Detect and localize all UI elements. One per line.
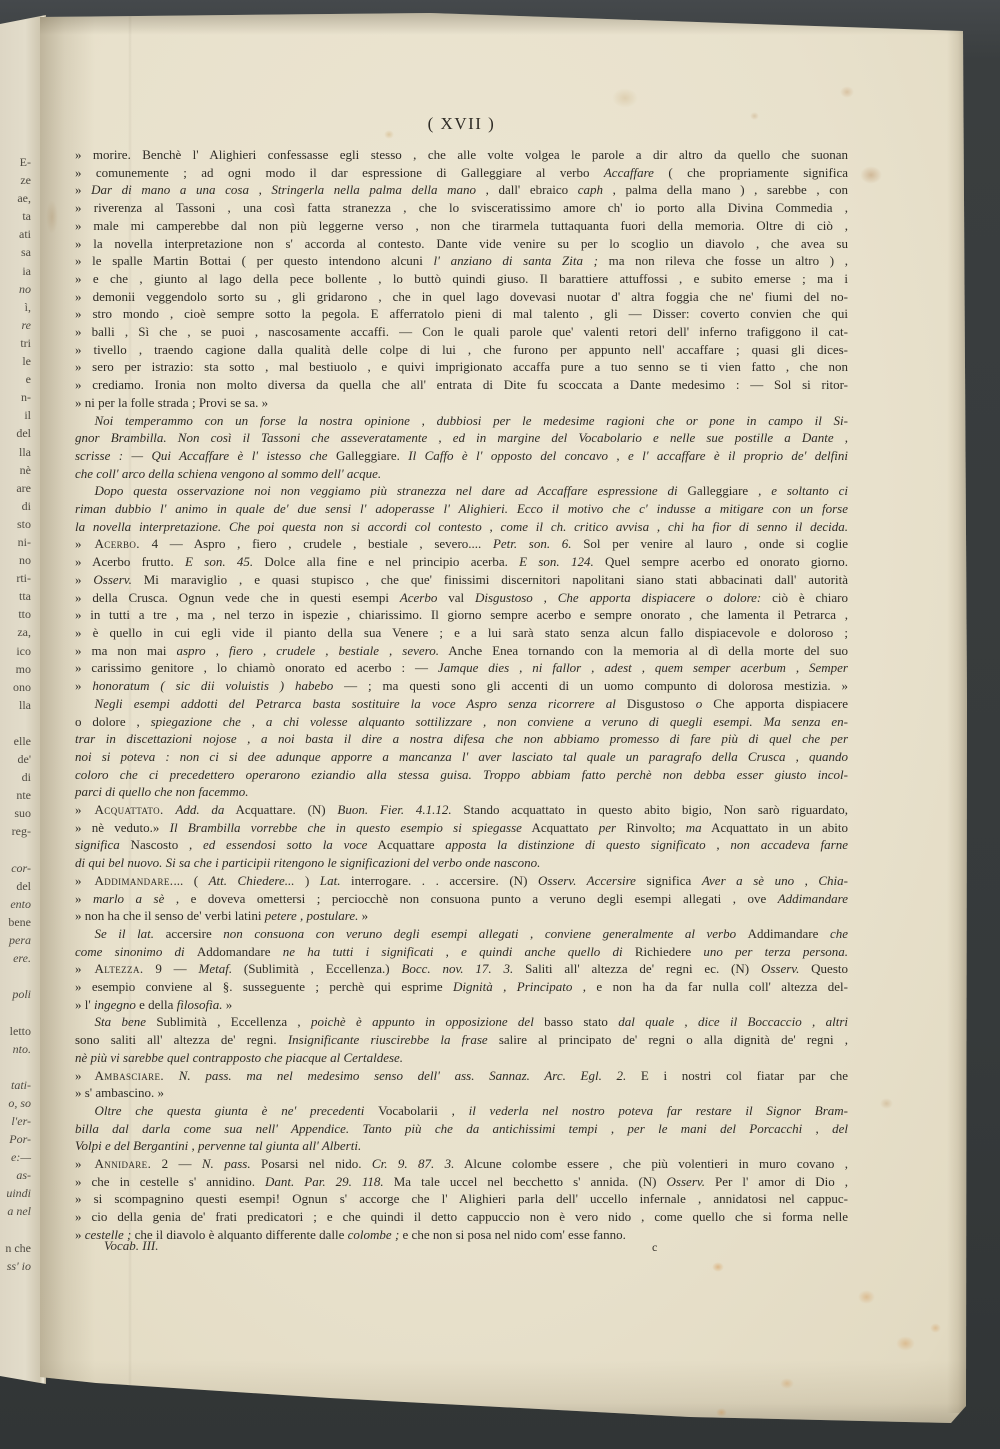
text-line: » esempio conviene al §. susseguente ; p… xyxy=(75,978,848,996)
margin-fragment: E- xyxy=(0,153,31,171)
margin-fragment: cor- xyxy=(0,859,31,877)
addimandare-entry: » Addimandare.... ( Att. Chiedere... ) L… xyxy=(75,872,848,925)
acerbo-entry: » Acerbo. 4 — Aspro , fiero , crudele , … xyxy=(75,535,848,694)
text-line: di qui bel nuovo. Si sa che i participii… xyxy=(75,854,848,872)
margin-fragment: bene xyxy=(0,913,31,931)
margin-fragment: ze xyxy=(0,171,31,189)
text-line: trar in discettazioni nojose , a noi bas… xyxy=(75,730,848,748)
margin-fragment: l'er- xyxy=(0,1112,31,1130)
foxing-stain xyxy=(860,166,882,184)
margin-fragment: ni- xyxy=(0,533,31,551)
margin-fragment: ono xyxy=(0,678,31,696)
text-line: » morire. Benchè l' Alighieri confessass… xyxy=(75,146,848,164)
margin-fragment: le xyxy=(0,352,31,370)
text-line: Se il lat. accersire non consuona con ve… xyxy=(75,925,848,943)
acquattato-entry: » Acquattato. Add. da Acquattare. (N) Bu… xyxy=(75,801,848,872)
text-line: billa dal darla come sua nell' Appendice… xyxy=(75,1120,848,1138)
margin-fragment: ì, xyxy=(0,298,31,316)
foxing-stain xyxy=(716,1408,727,1417)
text-line: scrisse : — Qui Accaffare è l' istesso c… xyxy=(75,447,848,465)
margin-fragment: as- xyxy=(0,1166,31,1184)
text-line: » in tutti a tre , ma , nel terzo in isp… xyxy=(75,606,848,624)
accaffare-quote: » morire. Benchè l' Alighieri confessass… xyxy=(75,146,848,412)
annidare-entry: » Annidare. 2 — N. pass. Posarsi nel nid… xyxy=(75,1155,848,1244)
text-line: come sinonimo di Addomandare ne ha tutti… xyxy=(75,943,848,961)
margin-fragment: reg- xyxy=(0,822,31,840)
text-line: » e che , giunto al lago della pece boll… xyxy=(75,270,848,288)
margin-fragment: no xyxy=(0,280,31,298)
text-line: » Acerbo. 4 — Aspro , fiero , crudele , … xyxy=(75,535,848,553)
text-line: » della Crusca. Ognun vede che in questi… xyxy=(75,589,848,607)
margin-fragment: ico xyxy=(0,642,31,660)
text-line: » crediamo. Ironia non molto diversa da … xyxy=(75,376,848,394)
page-right-edge-shadow xyxy=(947,28,967,1413)
text-line: Noi temperammo con un forse la nostra op… xyxy=(75,412,848,430)
text-line: » nè veduto.» Il Brambilla vorrebbe che … xyxy=(75,819,848,837)
foxing-stain xyxy=(858,1290,875,1304)
text-line: » cestelle ; che il diavolo è alquanto d… xyxy=(75,1226,848,1244)
text-line: » male mi camperebbe dal non più leggern… xyxy=(75,217,848,235)
altezza-entry: » Altezza. 9 — Metaf. (Sublimità , Eccel… xyxy=(75,960,848,1013)
margin-fragment: ento xyxy=(0,895,31,913)
margin-fragment: re xyxy=(0,316,31,334)
text-line: » si scompagnino questi esempi! Ognun s'… xyxy=(75,1190,848,1208)
margin-fragment: o, so xyxy=(0,1094,31,1112)
foxing-stain xyxy=(46,200,58,234)
text-line: » demonii veggendolo sorto su , gli grid… xyxy=(75,288,848,306)
margin-fragment: ati xyxy=(0,225,31,243)
margin-fragment: sto xyxy=(0,515,31,533)
text-line: Volpi e del Bergantini , pervenne tal gi… xyxy=(75,1137,848,1155)
ambasciare-entry: » Ambasciare. N. pass. ma nel medesimo s… xyxy=(75,1067,848,1102)
margin-fragment: pera xyxy=(0,931,31,949)
margin-fragment xyxy=(0,967,31,985)
text-line: parci di quello che non facemmo. xyxy=(75,783,848,801)
margin-fragment: are xyxy=(0,479,31,497)
margin-fragment: Por- xyxy=(0,1130,31,1148)
text-line: » sero per istrazio: sta sotto , mal bes… xyxy=(75,358,848,376)
text-line: noi si poteva : non ci si dee adunque ap… xyxy=(75,748,848,766)
text-line: coloro che ci precedettero operarono ezi… xyxy=(75,766,848,784)
acerbo-reply: Negli esempi addotti del Petrarca basta … xyxy=(75,695,848,801)
brambilla-reply-accaffare-1: Noi temperammo con un forse la nostra op… xyxy=(75,412,848,483)
text-line: » non ha che il senso de' verbi latini p… xyxy=(75,907,848,925)
text-line: la novella interpretazione. Che poi ques… xyxy=(75,518,848,536)
margin-fragment xyxy=(0,714,31,732)
book-page: ( XVII ) » morire. Benchè l' Alighieri c… xyxy=(0,0,1000,1449)
altezza-reply: Sta bene Sublimità , Eccellenza , poichè… xyxy=(75,1013,848,1066)
margin-fragment: rti- xyxy=(0,569,31,587)
foxing-stain xyxy=(880,1098,893,1109)
text-line: » marlo a sè , e doveva omettersi ; perc… xyxy=(75,890,848,908)
foxing-stain xyxy=(780,1378,794,1389)
text-line: gnor Brambilla. Non così il Tassoni che … xyxy=(75,429,848,447)
text-line: Negli esempi addotti del Petrarca basta … xyxy=(75,695,848,713)
text-line: Sta bene Sublimità , Eccellenza , poichè… xyxy=(75,1013,848,1031)
foxing-stain xyxy=(712,1262,724,1272)
text-line: » tivello , traendo cagione dalla qualit… xyxy=(75,341,848,359)
foxing-stain xyxy=(930,1323,941,1333)
margin-fragment: de' xyxy=(0,750,31,768)
page-bottom-edge-shadow xyxy=(40,1360,967,1426)
margin-fragment: lla xyxy=(0,443,31,461)
ambasciare-reply: Oltre che questa giunta è ne' precedenti… xyxy=(75,1102,848,1155)
text-line: o dolore , spiegazione che , a chi voles… xyxy=(75,713,848,731)
text-line: » Acerbo frutto. E son. 45. Dolce alla f… xyxy=(75,553,848,571)
text-line: Dopo questa osservazione noi non veggiam… xyxy=(75,482,848,500)
page-number: ( XVII ) xyxy=(75,114,848,134)
margin-fragment: ia xyxy=(0,262,31,280)
text-line: » honoratum ( sic dii voluistis ) habebo… xyxy=(75,677,848,695)
margin-fragment: elle xyxy=(0,732,31,750)
addimandare-reply: Se il lat. accersire non consuona con ve… xyxy=(75,925,848,960)
margin-fragment: nte xyxy=(0,786,31,804)
margin-fragment: no xyxy=(0,551,31,569)
text-line: » stro mondo , cioè sempre sotto la pego… xyxy=(75,305,848,323)
text-line: sono saliti all' altezza de' regni. Insi… xyxy=(75,1031,848,1049)
margin-fragment: suo xyxy=(0,804,31,822)
margin-fragment: ae, xyxy=(0,189,31,207)
foxing-stain xyxy=(612,88,638,108)
margin-fragment: tta xyxy=(0,587,31,605)
margin-fragment: n che xyxy=(0,1239,31,1257)
margin-fragment: e xyxy=(0,370,31,388)
facing-page-text-fragments: E-zeae,taatisaianoì,retrileen-ildelllanè… xyxy=(0,153,31,1275)
margin-fragment: del xyxy=(0,424,31,442)
text-line: significa Nascosto , ed essendosi sotto … xyxy=(75,836,848,854)
margin-fragment: ta xyxy=(0,207,31,225)
margin-fragment: tri xyxy=(0,334,31,352)
text-line: » Altezza. 9 — Metaf. (Sublimità , Eccel… xyxy=(75,960,848,978)
margin-fragment: ere. xyxy=(0,949,31,967)
margin-fragment: uindi xyxy=(0,1184,31,1202)
text-line: » comunemente ; ad ogni modo il dar espr… xyxy=(75,164,848,182)
text-line: che coll' arco della schiena vengono al … xyxy=(75,465,848,483)
scanned-book-page: E-zeae,taatisaianoì,retrileen-ildelllanè… xyxy=(0,0,1000,1449)
text-line: » Ambasciare. N. pass. ma nel medesimo s… xyxy=(75,1067,848,1085)
margin-fragment: poli xyxy=(0,985,31,1003)
margin-fragment xyxy=(0,1003,31,1021)
volume-signature: Vocab. III. xyxy=(104,1238,159,1254)
text-line: » s' ambascino. » xyxy=(75,1084,848,1102)
text-line: » la novella interpretazione non s' acco… xyxy=(75,235,848,253)
text-line: nè più vi sarebbe quel contrapposto che … xyxy=(75,1049,848,1067)
margin-fragment: di xyxy=(0,497,31,515)
text-line: » cio della genia de' frati predicatori … xyxy=(75,1208,848,1226)
margin-fragment xyxy=(0,1058,31,1076)
text-line: » Acquattato. Add. da Acquattare. (N) Bu… xyxy=(75,801,848,819)
brambilla-reply-accaffare-2: Dopo questa osservazione noi non veggiam… xyxy=(75,482,848,535)
text-line: » balli , Sì che , se puoi , nascosament… xyxy=(75,323,848,341)
text-line: Oltre che questa giunta è ne' precedenti… xyxy=(75,1102,848,1120)
margin-fragment: e:— xyxy=(0,1148,31,1166)
text-line: » Osserv. Mi maraviglio , e quasi stupis… xyxy=(75,571,848,589)
margin-fragment: mo xyxy=(0,660,31,678)
margin-fragment: nè xyxy=(0,461,31,479)
text-line: » Addimandare.... ( Att. Chiedere... ) L… xyxy=(75,872,848,890)
margin-fragment xyxy=(0,841,31,859)
text-body: » morire. Benchè l' Alighieri confessass… xyxy=(75,146,848,1244)
margin-fragment: letto xyxy=(0,1022,31,1040)
gathering-mark: c xyxy=(652,1240,657,1255)
text-line: » ma non mai aspro , fiero , crudele , b… xyxy=(75,642,848,660)
margin-fragment: del xyxy=(0,877,31,895)
text-line: » Dar di mano a una cosa , Stringerla ne… xyxy=(75,181,848,199)
foxing-stain xyxy=(896,1336,915,1351)
text-line: » carissimo genitore , lo chiamò onorato… xyxy=(75,659,848,677)
text-line: » che in cestelle s' annidino. Dant. Par… xyxy=(75,1173,848,1191)
margin-fragment: za, xyxy=(0,623,31,641)
margin-fragment: n- xyxy=(0,388,31,406)
text-line: » è quello in cui egli vide il pianto de… xyxy=(75,624,848,642)
margin-fragment: sa xyxy=(0,243,31,261)
text-line: » ni per la folle strada ; Provi se sa. … xyxy=(75,394,848,412)
margin-fragment: a nel xyxy=(0,1202,31,1220)
margin-fragment: tati- xyxy=(0,1076,31,1094)
text-line: » l' ingegno e della filosofia. » xyxy=(75,996,848,1014)
text-line: » le spalle Martin Bottai ( per questo i… xyxy=(75,252,848,270)
margin-fragment: lla xyxy=(0,696,31,714)
text-line: » riverenza al Tassoni , una così fatta … xyxy=(75,199,848,217)
margin-fragment xyxy=(0,1221,31,1239)
text-line: riman dubbio l' animo in quale de' due s… xyxy=(75,500,848,518)
margin-fragment: ss' io xyxy=(0,1257,31,1275)
margin-fragment: nto. xyxy=(0,1040,31,1058)
foxing-stain xyxy=(840,86,854,98)
page-top-edge-shadow xyxy=(40,13,965,35)
text-line: » Annidare. 2 — N. pass. Posarsi nel nid… xyxy=(75,1155,848,1173)
margin-fragment: di xyxy=(0,768,31,786)
margin-fragment: il xyxy=(0,406,31,424)
margin-fragment: tto xyxy=(0,605,31,623)
